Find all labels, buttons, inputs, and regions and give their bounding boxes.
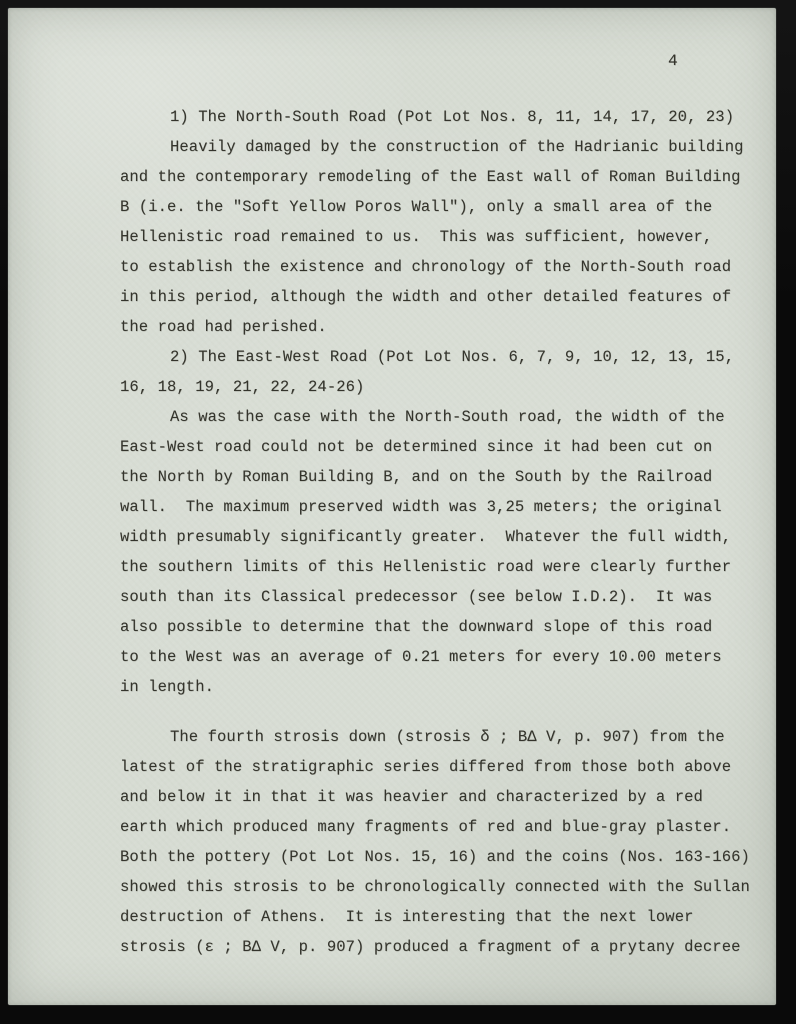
scan-photo-frame: 4 1) The North-South Road (Pot Lot Nos. … xyxy=(0,0,796,1024)
text-line: As was the case with the North-South roa… xyxy=(120,402,752,432)
text-line: to the West was an average of 0.21 meter… xyxy=(120,642,752,672)
text-line: in this period, although the width and o… xyxy=(120,282,752,312)
text-line: south than its Classical predecessor (se… xyxy=(120,582,752,612)
text-line: Heavily damaged by the construction of t… xyxy=(120,132,752,162)
text-line: B (i.e. the "Soft Yellow Poros Wall"), o… xyxy=(120,192,752,222)
text-line: the North by Roman Building B, and on th… xyxy=(120,462,752,492)
text-line: to establish the existence and chronolog… xyxy=(120,252,752,282)
text-line: 1) The North-South Road (Pot Lot Nos. 8,… xyxy=(120,102,752,132)
typewritten-text-block: 1) The North-South Road (Pot Lot Nos. 8,… xyxy=(120,102,752,962)
text-line: the southern limits of this Hellenistic … xyxy=(120,552,752,582)
text-line: strosis (ε ; BΔ V, p. 907) produced a fr… xyxy=(120,932,752,962)
text-line: Both the pottery (Pot Lot Nos. 15, 16) a… xyxy=(120,842,752,872)
text-line: Hellenistic road remained to us. This wa… xyxy=(120,222,752,252)
text-line: latest of the stratigraphic series diffe… xyxy=(120,752,752,782)
text-line: 16, 18, 19, 21, 22, 24-26) xyxy=(120,372,752,402)
text-line: destruction of Athens. It is interesting… xyxy=(120,902,752,932)
text-line: wall. The maximum preserved width was 3,… xyxy=(120,492,752,522)
document-page: 4 1) The North-South Road (Pot Lot Nos. … xyxy=(8,8,776,1005)
text-line: width presumably significantly greater. … xyxy=(120,522,752,552)
text-line: 2) The East-West Road (Pot Lot Nos. 6, 7… xyxy=(120,342,752,372)
text-line: and below it in that it was heavier and … xyxy=(120,782,752,812)
text-line: East-West road could not be determined s… xyxy=(120,432,752,462)
page-number: 4 xyxy=(668,52,678,70)
text-line: earth which produced many fragments of r… xyxy=(120,812,752,842)
text-line: showed this strosis to be chronologicall… xyxy=(120,872,752,902)
text-line: also possible to determine that the down… xyxy=(120,612,752,642)
text-line: The fourth strosis down (strosis δ ; BΔ … xyxy=(120,722,752,752)
text-line: in length. xyxy=(120,672,752,702)
text-line: and the contemporary remodeling of the E… xyxy=(120,162,752,192)
text-line: the road had perished. xyxy=(120,312,752,342)
